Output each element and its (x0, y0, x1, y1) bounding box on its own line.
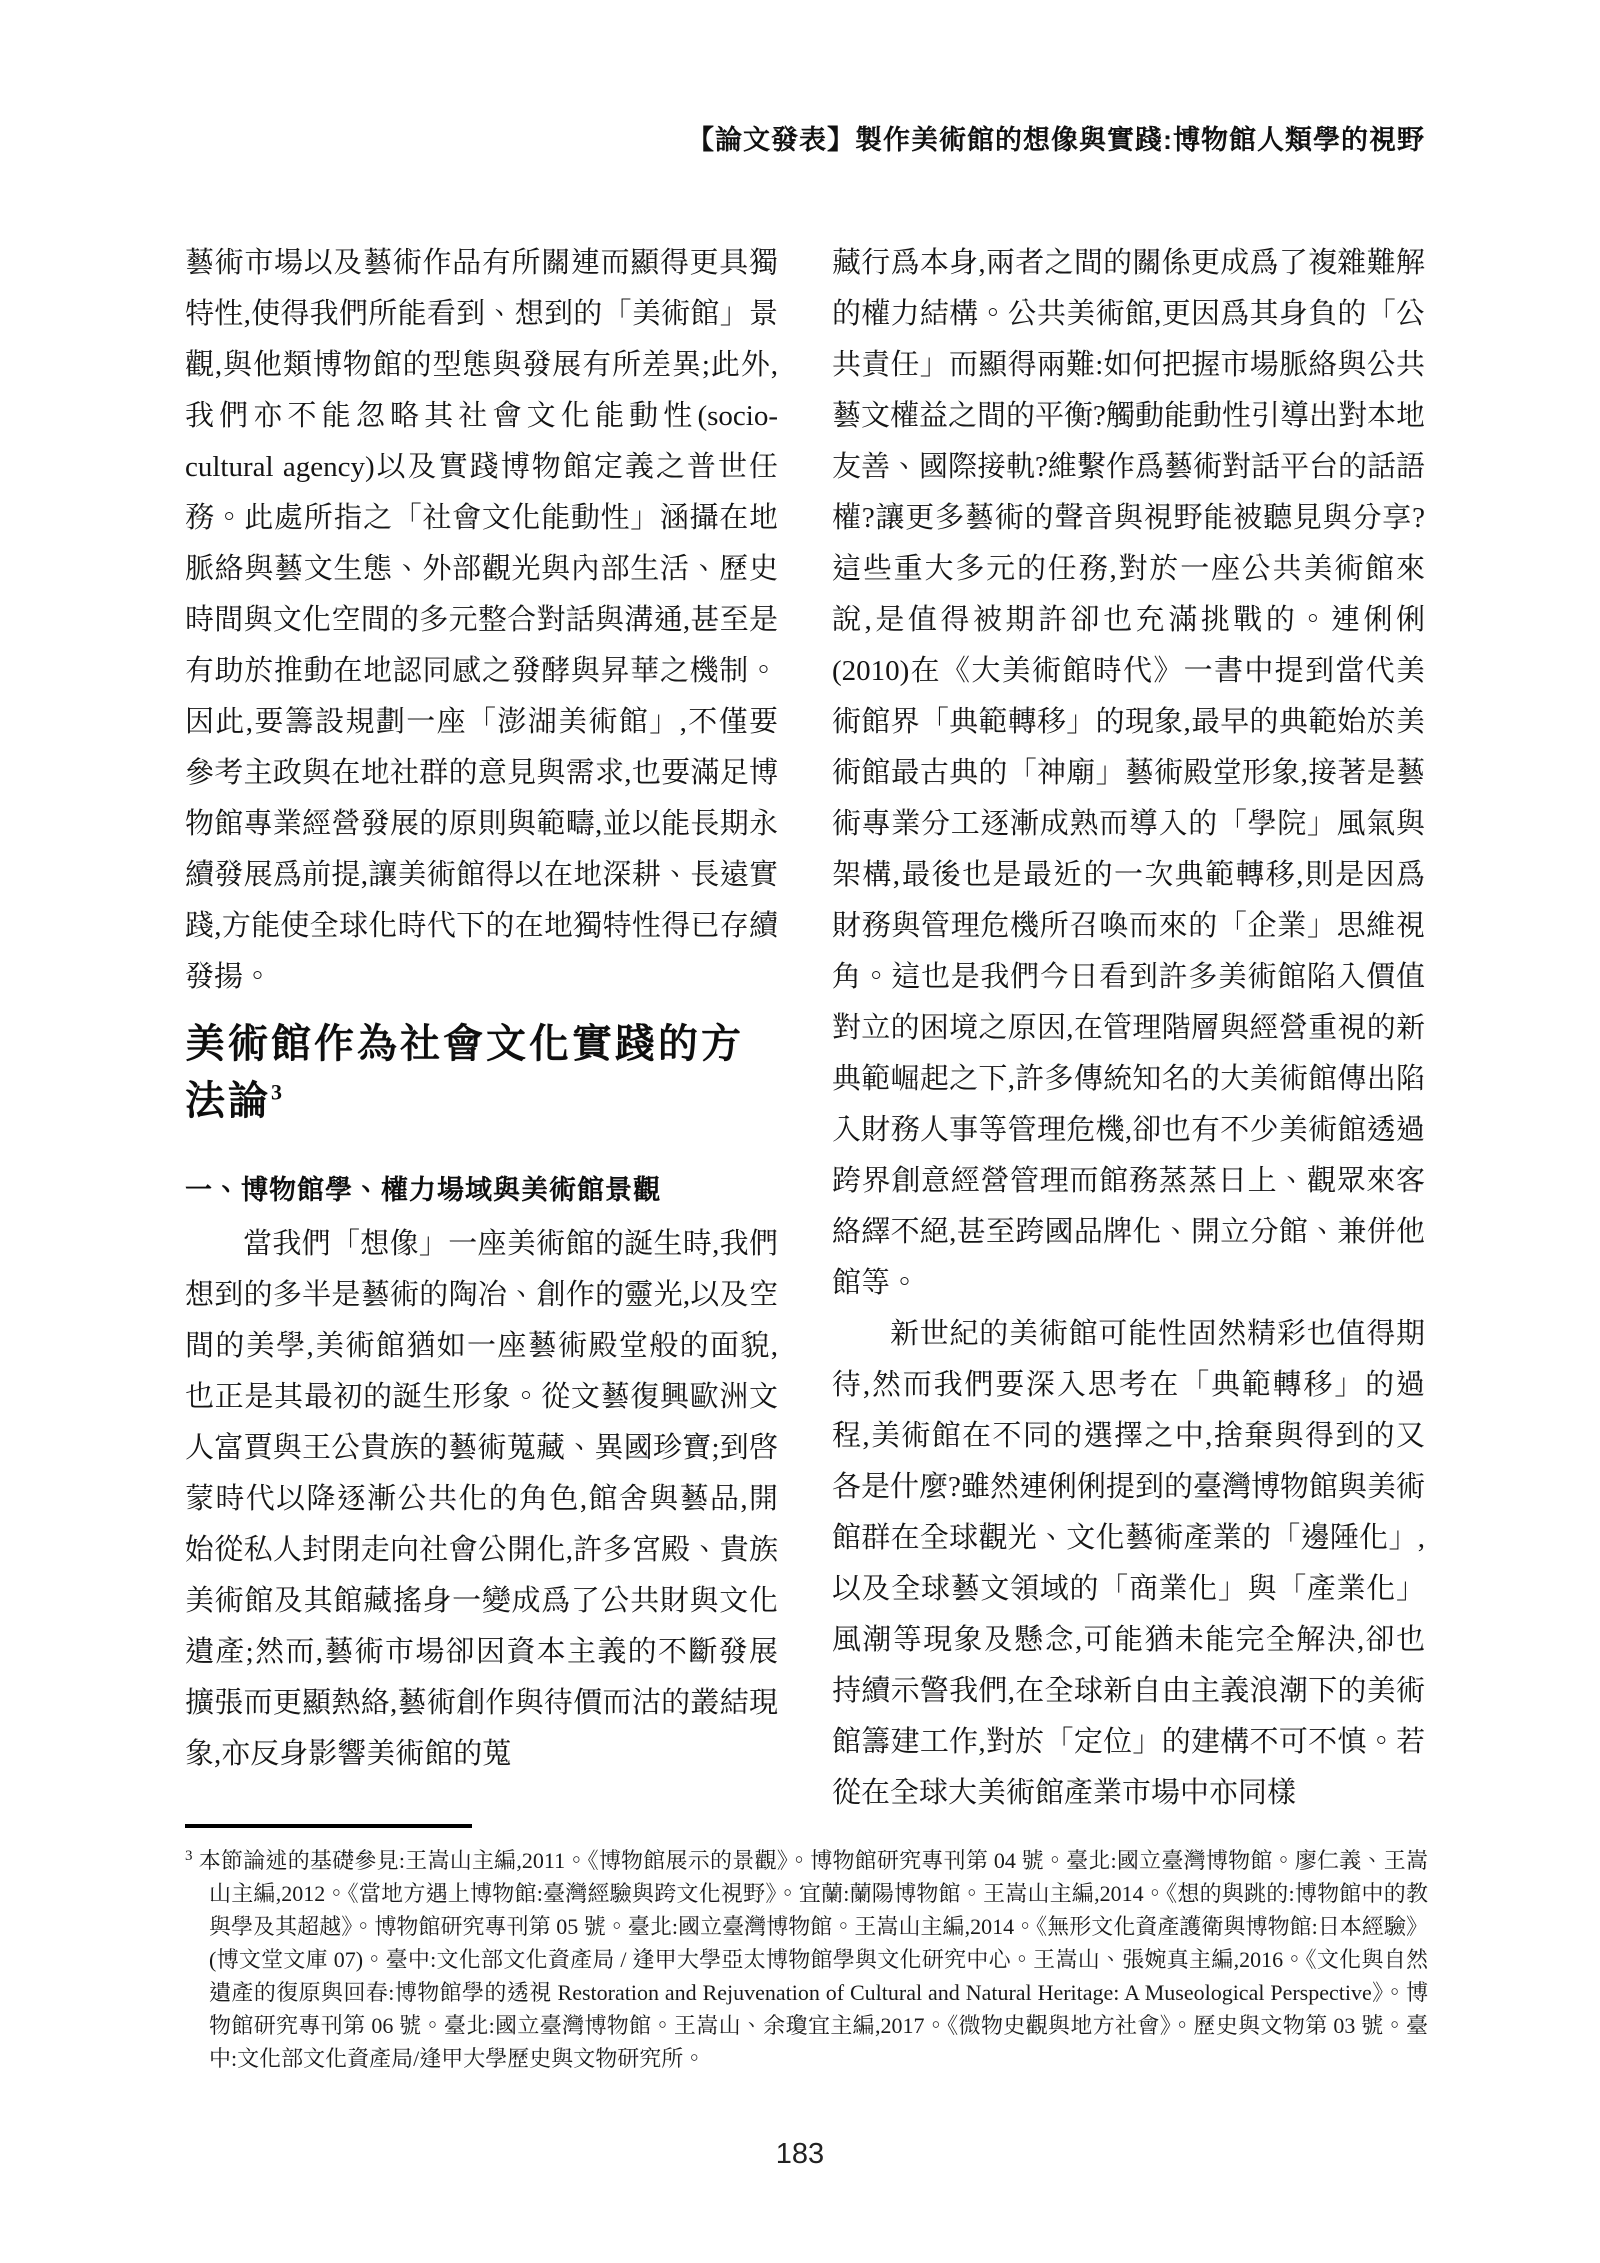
page-header: 【論文發表】製作美術館的想像與實踐:博物館人類學的視野 (185, 118, 1425, 157)
paragraph: 藏行爲本身,兩者之間的關係更成爲了複雜難解的權力結構。公共美術館,更因爲其身負的… (832, 238, 1425, 1309)
footnote-ref: 3 (271, 1080, 282, 1105)
footnote-text: 本節論述的基礎參見:王嵩山主編,2011。《博物館展示的景觀》。博物館研究專刊第… (199, 1848, 1429, 2071)
paragraph: 當我們「想像」一座美術館的誕生時,我們想到的多半是藝術的陶冶、創作的靈光,以及空… (185, 1219, 778, 1780)
page-body: 藝術市場以及藝術作品有所關連而顯得更具獨特性,使得我們所能看到、想到的「美術館」… (185, 238, 1425, 1819)
footnote-marker: 3 (185, 1848, 193, 1864)
paragraph-continuation: 藝術市場以及藝術作品有所關連而顯得更具獨特性,使得我們所能看到、想到的「美術館」… (185, 238, 778, 1003)
section-title: 美術館作為社會文化實踐的方法論3 (185, 1015, 778, 1129)
page-number: 183 (0, 2138, 1600, 2171)
footnote-divider (185, 1824, 472, 1828)
document-page: 【論文發表】製作美術館的想像與實踐:博物館人類學的視野 藝術市場以及藝術作品有所… (0, 0, 1600, 2263)
footnote: 3本節論述的基礎參見:王嵩山主編,2011。《博物館展示的景觀》。博物館研究專刊… (185, 1844, 1428, 2075)
paragraph: 新世紀的美術館可能性固然精彩也值得期待,然而我們要深入思考在「典範轉移」的過程,… (832, 1309, 1425, 1819)
left-column: 藝術市場以及藝術作品有所關連而顯得更具獨特性,使得我們所能看到、想到的「美術館」… (185, 238, 778, 1819)
page-header-text: 【論文發表】製作美術館的想像與實踐:博物館人類學的視野 (687, 125, 1425, 155)
right-column: 藏行爲本身,兩者之間的關係更成爲了複雜難解的權力結構。公共美術館,更因爲其身負的… (832, 238, 1425, 1819)
subsection-title: 一、博物館學、權力場域與美術館景觀 (185, 1175, 778, 1205)
footnote-area: 3本節論述的基礎參見:王嵩山主編,2011。《博物館展示的景觀》。博物館研究專刊… (185, 1824, 1428, 2075)
section-title-text: 美術館作為社會文化實踐的方法論 (185, 1021, 744, 1123)
